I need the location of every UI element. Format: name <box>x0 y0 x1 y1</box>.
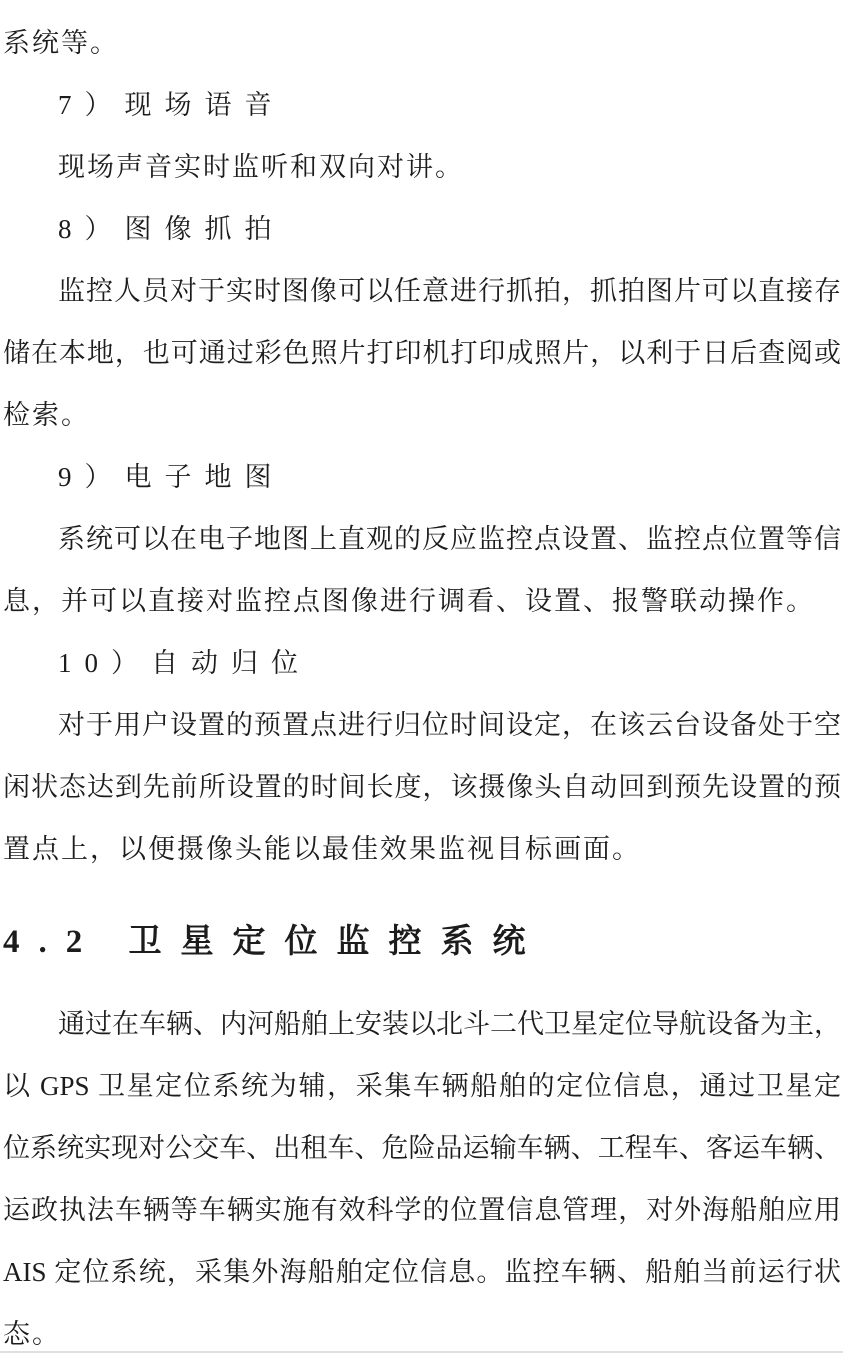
text-line: 系统可以在电子地图上直观的反应监控点设置、监控点位置等信 <box>3 508 841 570</box>
text-line: 息，并可以直接对监控点图像进行调看、设置、报警联动操作。 <box>3 570 841 632</box>
list-item-heading-9: 9）电子地图 <box>3 446 841 508</box>
page-bottom-divider <box>0 1351 843 1353</box>
document-page: 系统等。 7）现场语音 现场声音实时监听和双向对讲。 8）图像抓拍 监控人员对于… <box>0 0 843 1365</box>
list-item-heading-8: 8）图像抓拍 <box>3 198 841 260</box>
list-item-heading-7: 7）现场语音 <box>3 74 841 136</box>
text-line: 运政执法车辆等车辆实施有效科学的位置信息管理，对外海船舶应用 <box>3 1179 841 1241</box>
text-line: 闲状态达到先前所设置的时间长度，该摄像头自动回到预先设置的预 <box>3 756 841 818</box>
text-line: 系统等。 <box>3 12 841 74</box>
text-line: 位系统实现对公交车、出租车、危险品运输车辆、工程车、客运车辆、 <box>3 1117 841 1179</box>
text-line: 以 GPS 卫星定位系统为辅，采集车辆船舶的定位信息，通过卫星定 <box>3 1055 841 1117</box>
text-line: 监控人员对于实时图像可以任意进行抓拍，抓拍图片可以直接存 <box>3 260 841 322</box>
text-line: 置点上，以便摄像头能以最佳效果监视目标画面。 <box>3 818 841 880</box>
text-line: 储在本地，也可通过彩色照片打印机打印成照片，以利于日后查阅或 <box>3 322 841 384</box>
section-heading: 4.2 卫星定位监控系统 <box>3 911 841 973</box>
text-line: AIS 定位系统，采集外海船舶定位信息。监控车辆、船舶当前运行状 <box>3 1241 841 1303</box>
text-line: 检索。 <box>3 384 841 446</box>
text-line: 通过在车辆、内河船舶上安装以北斗二代卫星定位导航设备为主， <box>3 993 841 1055</box>
text-line: 对于用户设置的预置点进行归位时间设定，在该云台设备处于空 <box>3 694 841 756</box>
list-item-heading-10: 10）自动归位 <box>3 632 841 694</box>
text-line: 态。 <box>3 1303 841 1365</box>
text-line: 现场声音实时监听和双向对讲。 <box>3 136 841 198</box>
